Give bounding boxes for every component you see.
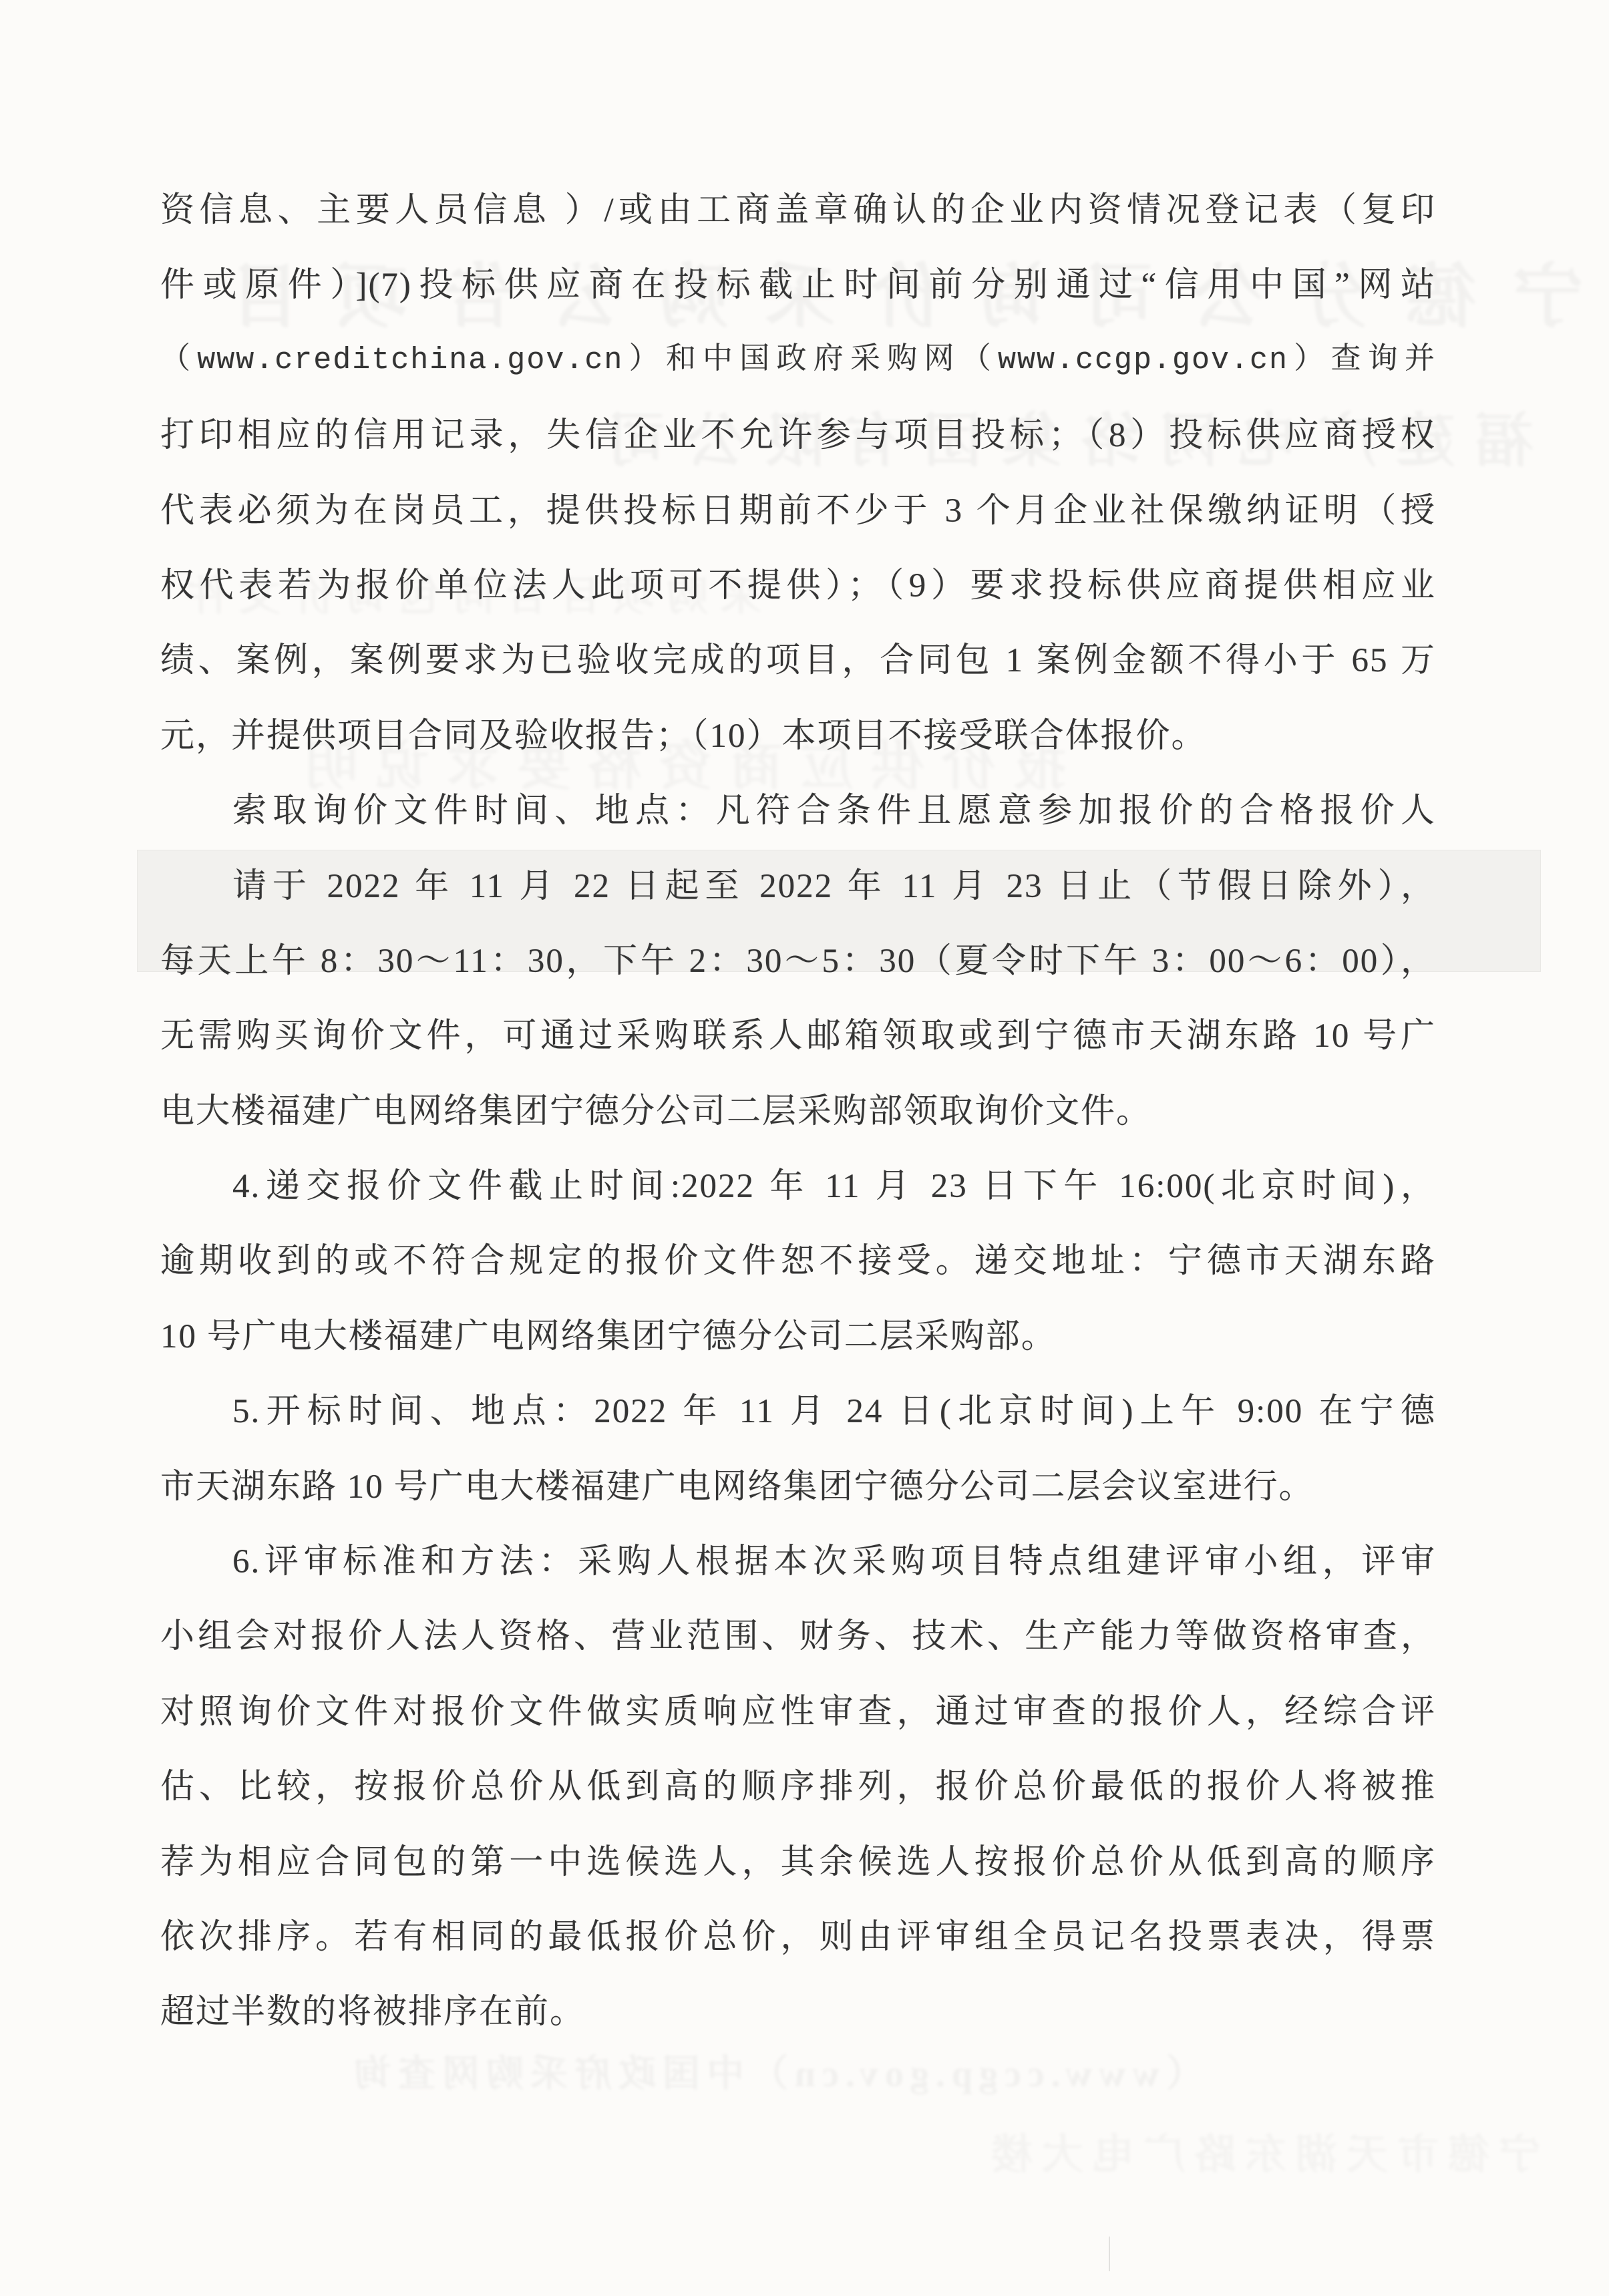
- text-line: 代表必须为在岗员工，提供投标日期前不少于 3 个月企业社保缴纳证明（授: [160, 474, 1436, 548]
- text-line: 逾期收到的或不符合规定的报价文件恕不接受。递交地址：宁德市天湖东路: [160, 1224, 1436, 1299]
- text-line: 荐为相应合同包的第一中选候选人，其余候选人按报价总价从低到高的顺序: [160, 1825, 1436, 1900]
- text-line: 小组会对报价人法人资格、营业范围、财务、技术、生产能力等做资格审查，: [160, 1599, 1436, 1674]
- bleed-through-ghost: （www.ccgp.gov.cn）中国政府采购网查询: [347, 2044, 1204, 2098]
- text-line: 估、比较，按报价总价从低到高的顺序排列，报价总价最低的报价人将被推: [160, 1750, 1436, 1824]
- text-line: 6.评审标准和方法：采购人根据本次采购项目特点组建评审小组，评审: [160, 1524, 1436, 1599]
- text-line: 对照询价文件对报价文件做实质响应性审查，通过审查的报价人，经综合评: [160, 1675, 1436, 1750]
- text-line: 元，并提供项目合同及验收报告；（10）本项目不接受联合体报价。: [160, 699, 1436, 774]
- text-line: 请于 2022 年 11 月 22 日起至 2022 年 11 月 23 日止（…: [160, 849, 1436, 924]
- text-line: 电大楼福建广电网络集团宁德分公司二层采购部领取询价文件。: [160, 1074, 1436, 1149]
- text-line: 依次排序。若有相同的最低报价总价，则由评审组全员记名投票表决，得票: [160, 1900, 1436, 1975]
- text-line: 索取询价文件时间、地点：凡符合条件且愿意参加报价的合格报价人: [160, 774, 1436, 848]
- text-line: 打印相应的信用记录，失信企业不允许参与项目投标；（8）投标供应商授权: [160, 398, 1436, 473]
- text-line: 件或原件）](7)投标供应商在投标截止时间前分别通过“信用中国”网站: [160, 248, 1436, 323]
- text-line: 每天上午 8：30～11：30，下午 2：30～5：30（夏令时下午 3：00～…: [160, 924, 1436, 999]
- text-line: 4.递交报价文件截止时间:2022 年 11 月 23 日下午 16:00(北京…: [160, 1149, 1436, 1224]
- text-line: 10 号广电大楼福建广电网络集团宁德分公司二层采购部。: [160, 1299, 1436, 1374]
- text-line: 无需购买询价文件，可通过采购联系人邮箱领取或到宁德市天湖东路 10 号广: [160, 999, 1436, 1074]
- bleed-through-ghost: 宁德市天湖东路广电大楼: [982, 2121, 1540, 2180]
- document-text-block: 资信息、主要人员信息 ）/或由工商盖章确认的企业内资情况登记表（复印 件或原件）…: [160, 173, 1436, 2050]
- text-line: 绩、案例，案例要求为已验收完成的项目，合同包 1 案例金额不得小于 65 万: [160, 623, 1436, 698]
- scanned-document-page: 宁德分公司询价采购公告项目 福建广电网络集团有限公司 采购项目合同包询价文件 报…: [0, 0, 1609, 2296]
- text-line: 5.开标时间、地点：2022 年 11 月 24 日(北京时间)上午 9:00 …: [160, 1374, 1436, 1449]
- text-line: 权代表若为报价单位法人此项可不提供）；（9）要求投标供应商提供相应业: [160, 548, 1436, 623]
- text-line-url: （www.creditchina.gov.cn）和中国政府采购网（www.ccg…: [160, 323, 1436, 398]
- text-line: 资信息、主要人员信息 ）/或由工商盖章确认的企业内资情况登记表（复印: [160, 173, 1436, 248]
- text-line: 超过半数的将被排序在前。: [160, 1975, 1436, 2049]
- text-line: 市天湖东路 10 号广电大楼福建广电网络集团宁德分公司二层会议室进行。: [160, 1450, 1436, 1524]
- scan-artifact-line: [1109, 2237, 1110, 2271]
